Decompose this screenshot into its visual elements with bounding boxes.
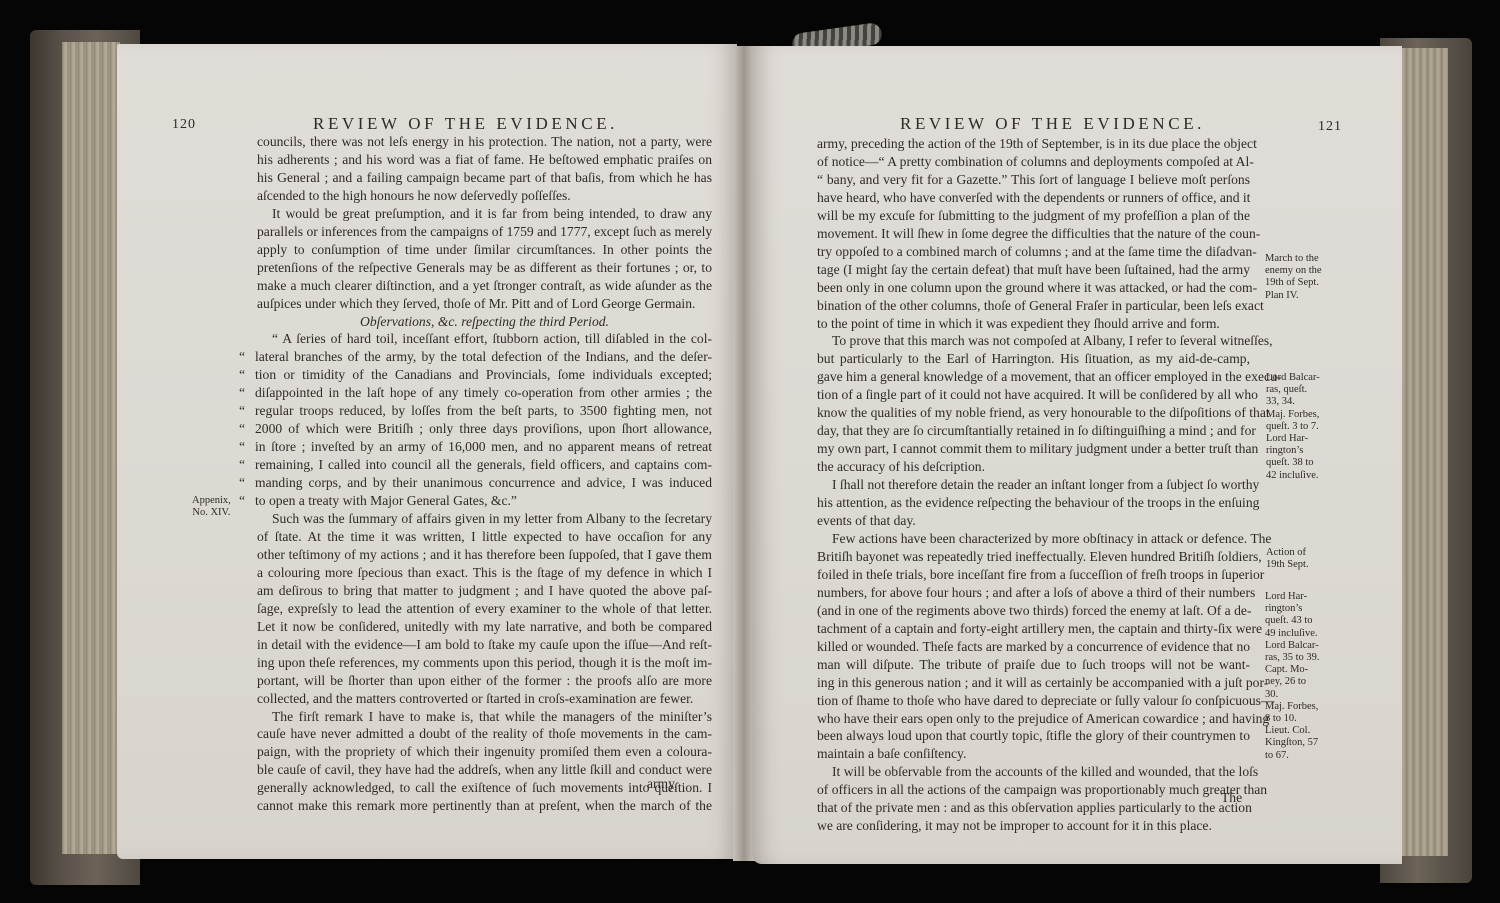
margin-note: Action of19th Sept. — [1266, 547, 1309, 571]
text-line: numbers, for above four hours ; and afte… — [817, 584, 1250, 602]
text-line: of ſtate. At the time it was written, I … — [257, 528, 712, 546]
margin-note: Appenix,No. XIV. — [192, 495, 231, 519]
text-line: in detail with the evidence—I am bold to… — [257, 636, 712, 654]
margin-note-line: rington’s — [1265, 603, 1320, 615]
text-line: “2000 of which were Britiſh ; only three… — [257, 420, 712, 438]
quote-mark: “ — [239, 474, 255, 492]
body-text: army, preceding the action of the 19th o… — [817, 135, 1250, 835]
quote-mark: “ — [239, 492, 255, 510]
text-line: tion of ſhame to thoſe who have dared to… — [817, 692, 1250, 710]
left-page: 120 REVIEW OF THE EVIDENCE. councils, th… — [117, 44, 737, 859]
text-line: his adherents ; and his word was a fiat … — [257, 151, 712, 169]
text-line: “in ſtore ; inveſted by an army of 16,00… — [257, 438, 712, 456]
margin-note-line: 49 incluſive. — [1265, 628, 1320, 640]
text-line: man will diſpute. The tribute of praiſe … — [817, 656, 1250, 674]
text-line: maintain a baſe conſiſtency. — [817, 745, 1250, 763]
text-line: make a much clearer diſtinction, and a y… — [257, 277, 712, 295]
quote-mark: “ — [239, 384, 255, 402]
page-number: 121 — [1318, 119, 1342, 135]
text-line: “tion or timidity of the Canadians and P… — [257, 366, 712, 384]
text-line: auſpices under which they ſerved, thoſe … — [257, 295, 712, 313]
quote-mark: “ — [239, 420, 255, 438]
margin-note-line: Lord Balcar- — [1265, 640, 1320, 652]
margin-note-line: Lord Har- — [1266, 433, 1320, 445]
quote-mark: “ — [239, 456, 255, 474]
margin-note-line: ras, queſt. — [1266, 384, 1320, 396]
page-edges-left — [62, 42, 120, 854]
margin-note-line: Lord Har- — [1265, 591, 1320, 603]
text-line: To prove that this march was not compoſe… — [817, 332, 1250, 350]
margin-note-line: 8 to 10. — [1265, 713, 1320, 725]
margin-note-line: queſt. 3 to 7. — [1266, 421, 1320, 433]
text-line: of officers in all the actions of the ca… — [817, 781, 1250, 799]
text-line: his attention, as the evidence reſpectin… — [817, 494, 1250, 512]
text-line: will be my excuſe for ſubmitting to the … — [817, 207, 1250, 225]
margin-note-line: 33, 34. — [1266, 396, 1320, 408]
text-line: Few actions have been characterized by m… — [817, 530, 1250, 548]
margin-note: Lord Har-rington’squeſt. 43 to49 incluſi… — [1265, 591, 1320, 762]
margin-note-line: Plan IV. — [1265, 290, 1322, 302]
margin-note-line: 42 incluſive. — [1266, 470, 1320, 482]
margin-note-line: Maj. Forbes, — [1265, 701, 1320, 713]
text-line: my own part, I cannot commit them to mil… — [817, 440, 1250, 458]
margin-note-line: to 67. — [1265, 750, 1320, 762]
text-line: “remaining, I called into council all th… — [257, 456, 712, 474]
text-line: army, preceding the action of the 19th o… — [817, 135, 1250, 153]
margin-note: March to theenemy on the19th of Sept.Pla… — [1265, 253, 1322, 302]
quote-mark: “ — [239, 438, 255, 456]
text-line: gave him a general knowledge of a moveme… — [817, 368, 1250, 386]
text-line: “lateral branches of the army, by the to… — [257, 348, 712, 366]
catchword: army, — [647, 776, 677, 792]
text-line: foiled in theſe trials, bore inceſſant f… — [817, 566, 1250, 584]
page-number: 120 — [172, 117, 196, 133]
text-line: day, that they are ſo circumſtantially r… — [817, 422, 1250, 440]
text-line: that of the private men : and as this ob… — [817, 799, 1250, 817]
text-line: “regular troops reduced, by loſſes from … — [257, 402, 712, 420]
margin-note-line: Kingſton, 57 — [1265, 737, 1320, 749]
catchword: The — [1221, 790, 1242, 806]
margin-note-line: queſt. 43 to — [1265, 615, 1320, 627]
text-line: portant, will be ſhorter than upon eithe… — [257, 672, 712, 690]
text-line: ing in this generous nation ; and it wil… — [817, 674, 1250, 692]
margin-note-line: Maj. Forbes, — [1266, 409, 1320, 421]
text-line: The firſt remark I have to make is, that… — [257, 708, 712, 726]
text-line: have heard, who have converſed with the … — [817, 189, 1250, 207]
quote-mark: “ — [239, 366, 255, 384]
margin-note-line: 19th Sept. — [1266, 559, 1309, 571]
text-line: parallels or inferences from the campaig… — [257, 223, 712, 241]
text-line: killed or wounded. Theſe facts are marke… — [817, 638, 1250, 656]
text-line: generally acknowledged, to call the exiſ… — [257, 779, 712, 797]
text-line: “ A ſeries of hard toil, inceſſant effor… — [257, 330, 712, 348]
running-head: REVIEW OF THE EVIDENCE. — [313, 114, 618, 134]
text-line: It would be great preſumption, and it is… — [257, 205, 712, 223]
margin-note-line: 19th of Sept. — [1265, 277, 1322, 289]
right-page: REVIEW OF THE EVIDENCE. 121 army, preced… — [752, 46, 1402, 864]
text-line: a colouring more ſpecious than exact. Th… — [257, 564, 712, 582]
margin-note-line: rington’s — [1266, 445, 1320, 457]
text-line: movement. It will ſhew in ſome degree th… — [817, 225, 1250, 243]
text-line: “manding corps, and by their unanimous c… — [257, 474, 712, 492]
margin-note: Lord Balcar-ras, queſt.33, 34.Maj. Forbe… — [1266, 372, 1320, 482]
text-line: of notice—“ A pretty combination of colu… — [817, 153, 1250, 171]
text-line: the accuracy of his deſcription. — [817, 458, 1250, 476]
margin-note-line: Action of — [1266, 547, 1309, 559]
text-line: been only in one column upon the ground … — [817, 279, 1250, 297]
running-head: REVIEW OF THE EVIDENCE. — [900, 114, 1205, 134]
text-line: tion of a ſingle part of it could not ha… — [817, 386, 1250, 404]
text-line: bination of the other columns, thoſe of … — [817, 297, 1250, 315]
text-line: “ bany, and very fit for a Gazette.” Thi… — [817, 171, 1250, 189]
margin-note-line: ras, 35 to 39. — [1265, 652, 1320, 664]
text-line: collected, and the matters controverted … — [257, 690, 712, 708]
margin-note-line: March to the — [1265, 253, 1322, 265]
text-line: ſage, expreſsly to lead the attention of… — [257, 600, 712, 618]
page-edges-right — [1400, 48, 1448, 856]
text-line: It will be obſervable from the accounts … — [817, 763, 1250, 781]
text-line: Let it now be conſidered, unitedly with … — [257, 618, 712, 636]
text-line: am deſirous to bring that matter to judg… — [257, 582, 712, 600]
margin-note-line: Lieut. Col. — [1265, 725, 1320, 737]
text-line: councils, there was not leſs energy in h… — [257, 133, 712, 151]
margin-note-line: enemy on the — [1265, 265, 1322, 277]
margin-note-line: No. XIV. — [192, 507, 231, 519]
text-line: we are conſidering, it may not be improp… — [817, 817, 1250, 835]
text-line: pretenſions of the reſpective Generals m… — [257, 259, 712, 277]
text-line: try oppoſed to a combined march of colum… — [817, 243, 1250, 261]
margin-note-line: Appenix, — [192, 495, 231, 507]
text-line: “diſappointed in the laſt hope of any ti… — [257, 384, 712, 402]
text-line: cauſe have never admitted a doubt of the… — [257, 725, 712, 743]
text-line: ble cauſe of cavil, they have had the ad… — [257, 761, 712, 779]
quote-mark: “ — [239, 348, 255, 366]
margin-note-line: Lord Balcar- — [1266, 372, 1320, 384]
text-line: his General ; and a failing campaign bec… — [257, 169, 712, 187]
text-line: (and in one of the regiments above two t… — [817, 602, 1250, 620]
text-line: Britiſh bayonet was repeatedly tried ine… — [817, 548, 1250, 566]
text-line: been always loud upon that courtly topic… — [817, 727, 1250, 745]
body-text: councils, there was not leſs energy in h… — [257, 133, 712, 815]
quote-mark: “ — [239, 402, 255, 420]
text-line: Such was the ſummary of affairs given in… — [257, 510, 712, 528]
text-line: tachment of a captain and forty-eight ar… — [817, 620, 1250, 638]
text-line: other teſtimony of my actions ; and it h… — [257, 546, 712, 564]
margin-note-line: 30. — [1265, 689, 1320, 701]
text-line: apply to conſumption of time under ſimil… — [257, 241, 712, 259]
text-line: aſcended to the high honours he now deſe… — [257, 187, 712, 205]
text-line: Obſervations, &c. reſpecting the third P… — [257, 313, 712, 331]
text-line: but particularly to the Earl of Harringt… — [817, 350, 1250, 368]
text-line: ing upon theſe references, my comments u… — [257, 654, 712, 672]
margin-note-line: queſt. 38 to — [1266, 457, 1320, 469]
text-line: know the qualities of my noble friend, a… — [817, 404, 1250, 422]
text-line: who have their ears open only to the pre… — [817, 710, 1250, 728]
text-line: events of that day. — [817, 512, 1250, 530]
text-line: tage (I might ſay the certain defeat) th… — [817, 261, 1250, 279]
text-line: cannot make this remark more pertinently… — [257, 797, 712, 815]
text-line: “to open a treaty with Major General Gat… — [257, 492, 712, 510]
text-line: to the point of time in which it was exp… — [817, 315, 1250, 333]
margin-note-line: ney, 26 to — [1265, 676, 1320, 688]
margin-note-line: Capt. Mo- — [1265, 664, 1320, 676]
text-line: paign, with the propriety of which their… — [257, 743, 712, 761]
text-line: I ſhall not therefore detain the reader … — [817, 476, 1250, 494]
